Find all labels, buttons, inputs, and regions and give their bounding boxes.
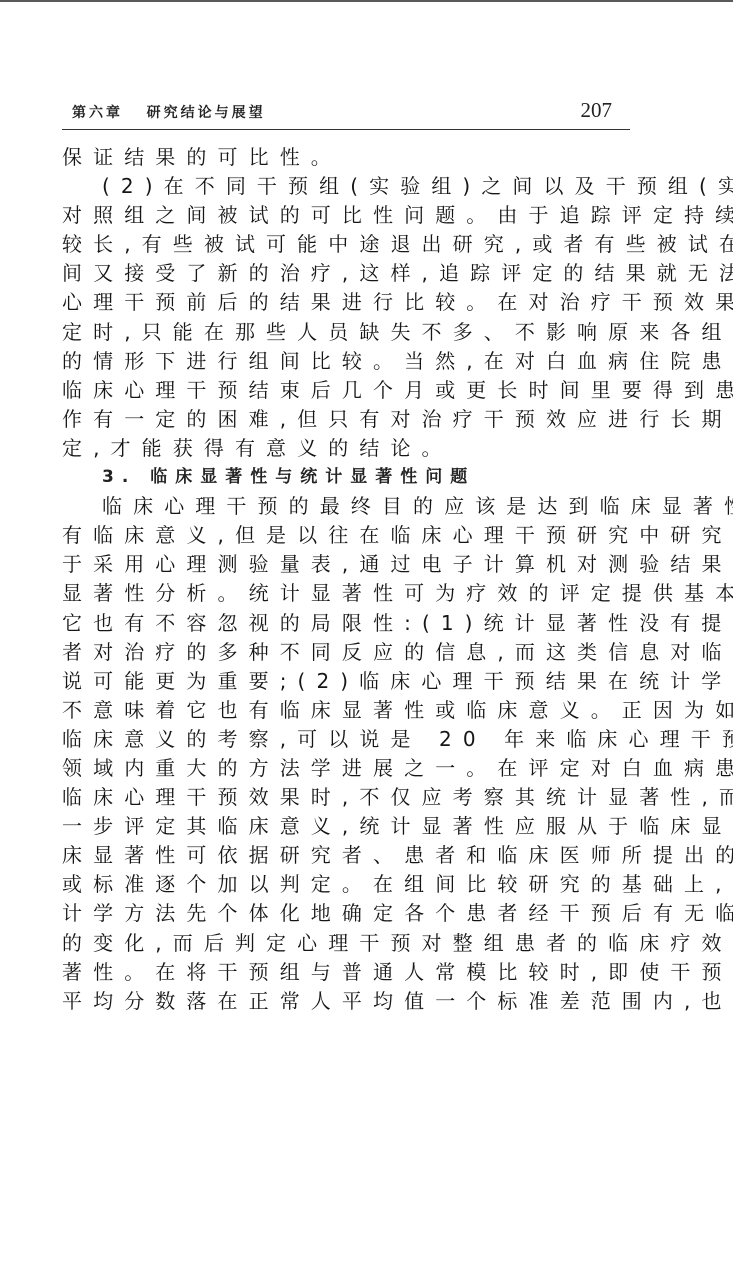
text-line: 作有一定的困难,但只有对治疗干预效应进行长期的追踪评: [62, 405, 636, 434]
paragraph-start-line: 临床心理干预的最终目的应该是达到临床显著性或具: [62, 492, 636, 521]
text-line: 计学方法先个体化地确定各个患者经干预后有无临床意义: [62, 899, 636, 928]
text-line: 定时,只能在那些人员缺失不多、不影响原来各组人员分布: [62, 318, 636, 347]
text-line: 对照组之间被试的可比性问题。由于追踪评定持续的时间: [62, 201, 636, 230]
text-line: 于采用心理测验量表,通过电子计算机对测验结果进行统计: [62, 550, 636, 579]
text-line: 的情形下进行组间比较。当然,在对白血病住院患者进行的: [62, 347, 636, 376]
paragraph-start-line: (2)在不同干预组(实验组)之间以及干预组(实验组)与: [62, 172, 636, 201]
running-header: 第六章 研究结论与展望 207: [62, 98, 630, 124]
text-line: 定,才能获得有意义的结论。: [62, 434, 636, 463]
text-line: 不意味着它也有临床显著性或临床意义。正因为如此,重视: [62, 696, 636, 725]
text-line: 著性。在将干预组与普通人常模比较时,即使干预后患者的: [62, 958, 636, 987]
text-line: 临床意义的考察,可以说是 20 年来临床心理干预结果研究: [62, 725, 636, 754]
text-line: 者对治疗的多种不同反应的信息,而这类信息对临床医师来: [62, 638, 636, 667]
chapter-title: 第六章 研究结论与展望: [72, 102, 266, 122]
text-line: 床显著性可依据研究者、患者和临床医师所提出的治疗目标: [62, 841, 636, 870]
text-line: 一步评定其临床意义,统计显著性应服从于临床显著性。临: [62, 812, 636, 841]
text-line: 临床心理干预结束后几个月或更长时间里要得到患者的合: [62, 376, 636, 405]
page-top-edge: [0, 0, 733, 2]
text-line: 保证结果的可比性。: [62, 143, 636, 172]
section-heading: 3. 临床显著性与统计显著性问题: [62, 463, 636, 492]
text-line: 说可能更为重要;(2)临床心理干预结果在统计学有显著性,: [62, 667, 636, 696]
text-line: 的变化,而后判定心理干预对整组患者的临床疗效或临床显: [62, 929, 636, 958]
text-line: 或标准逐个加以判定。在组间比较研究的基础上,可采用统: [62, 870, 636, 899]
text-line: 显著性分析。统计显著性可为疗效的评定提供基本依据,但: [62, 579, 636, 608]
text-line: 它也有不容忽视的局限性:(1)统计显著性没有提供关于患: [62, 609, 636, 638]
page-number: 207: [581, 98, 613, 123]
text-line: 心理干预前后的结果进行比较。在对治疗干预效果长期评: [62, 288, 636, 317]
text-line: 平均分数落在正常人平均值一个标准差范围内,也并不说明: [62, 987, 636, 1016]
text-line: 有临床意义,但是以往在临床心理干预研究中研究者已习惯: [62, 521, 636, 550]
text-line: 间又接受了新的治疗,这样,追踪评定的结果就无法与临床: [62, 259, 636, 288]
text-line: 较长,有些被试可能中途退出研究,或者有些被试在追踪期: [62, 230, 636, 259]
text-line: 领域内重大的方法学进展之一。在评定对白血病患者进行: [62, 754, 636, 783]
text-line: 临床心理干预效果时,不仅应考察其统计显著性,而且应进: [62, 783, 636, 812]
header-rule: [62, 129, 630, 130]
body-text: 保证结果的可比性。 (2)在不同干预组(实验组)之间以及干预组(实验组)与 对照…: [62, 143, 636, 1016]
